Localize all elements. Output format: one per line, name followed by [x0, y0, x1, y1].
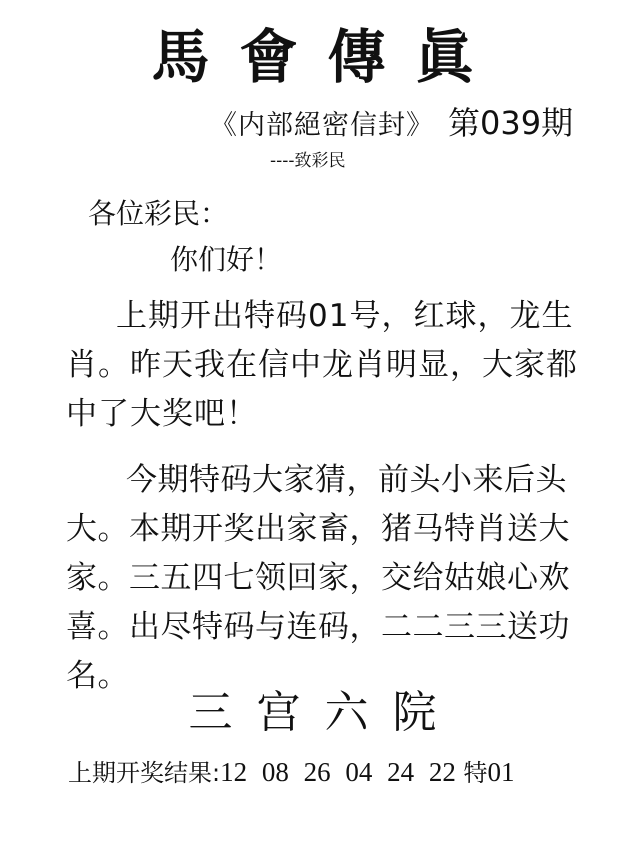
dedication: ----致彩民: [270, 150, 346, 172]
special-number: 01: [487, 757, 514, 787]
page-title: 馬會傳眞: [0, 22, 637, 92]
last-draw-results: 上期开奖结果:12 08 26 04 24 22 特01: [68, 755, 514, 790]
results-label: 上期开奖结果:: [68, 759, 220, 787]
special-label: 特: [463, 759, 487, 787]
greeting: 各位彩民：: [88, 196, 228, 232]
paragraph-last-result: 上期开出特码01号，红球，龙生肖。昨天我在信中龙肖明显，大家都中了大奖吧！: [66, 292, 596, 439]
issue-number: 第039期: [448, 104, 573, 142]
hint-phrase: 三宫六院: [0, 686, 637, 740]
hello-line: 你们好！: [170, 242, 282, 278]
results-numbers: 12 08 26 04 24 22: [220, 757, 456, 787]
paragraph-riddle-poem: 今期特码大家猜，前头小来后头大。本期开奖出家畜，猪马特肖送大家。三五四七领回家，…: [66, 456, 596, 701]
subtitle: 《内部絕密信封》第039期: [210, 103, 573, 146]
confidential-label: 《内部絕密信封》: [210, 110, 434, 141]
